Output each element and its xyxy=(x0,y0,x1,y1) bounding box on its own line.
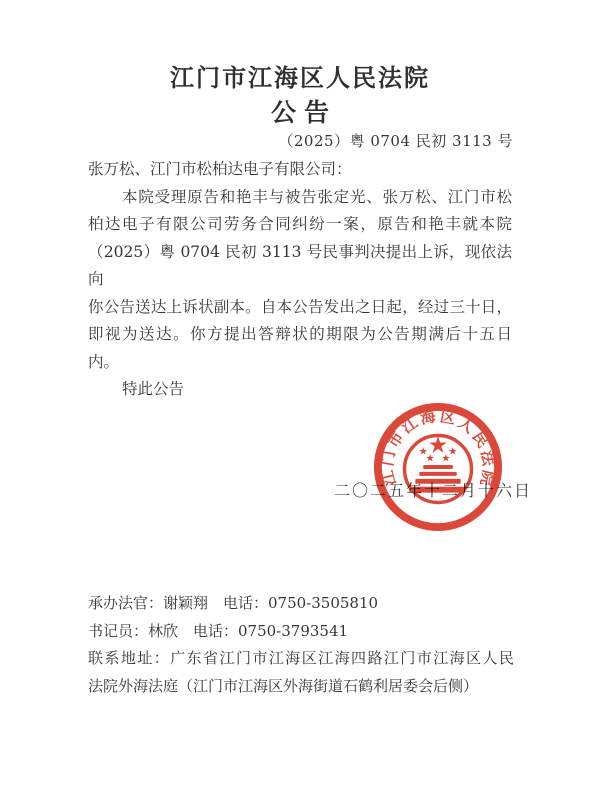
addressee-line: 张万松、江门市松柏达电子有限公司： xyxy=(88,156,512,184)
contact-block: 承办法官：谢颖翔 电话：0750-3505810 书记员：林欣 电话：0750-… xyxy=(88,590,514,700)
address-line-1: 联系地址：广东省江门市江海区江海四路江门市江海区人民 xyxy=(88,645,514,673)
body-line: 即视为送达。你方提出答辩状的期限为公告期满后十五日 xyxy=(88,321,512,349)
address-line-2: 法院外海法庭（江门市江海区外海街道石鹤利居委会后侧） xyxy=(88,673,514,701)
clerk-contact-line: 书记员：林欣 电话：0750-3793541 xyxy=(88,618,514,646)
body-line: （2025）粤 0704 民初 3113 号民事判决提出上诉，现依法向 xyxy=(88,239,512,294)
court-seal: 江门市江海区人民法院 xyxy=(371,400,505,534)
body-line: 你公告送达上诉状副本。自本公告发出之日起，经过三十日， xyxy=(88,294,512,322)
case-number: （2025）粤 0704 民初 3113 号 xyxy=(278,130,513,151)
body-line: 内。 xyxy=(88,349,512,377)
announcement-page: 江门市江海区人民法院 公告 （2025）粤 0704 民初 3113 号 张万松… xyxy=(0,0,600,800)
body-line: 本院受理原告和艳丰与被告张定光、张万松、江门市松 xyxy=(88,184,512,212)
announcement-body: 张万松、江门市松柏达电子有限公司： 本院受理原告和艳丰与被告张定光、张万松、江门… xyxy=(88,156,512,404)
national-emblem-icon xyxy=(405,435,472,502)
body-line: 柏达电子有限公司劳务合同纠纷一案，原告和艳丰就本院 xyxy=(88,211,512,239)
judge-contact-line: 承办法官：谢颖翔 电话：0750-3505810 xyxy=(88,590,514,618)
court-title: 江门市江海区人民法院 xyxy=(0,58,600,93)
doc-type-heading: 公告 xyxy=(0,93,600,129)
